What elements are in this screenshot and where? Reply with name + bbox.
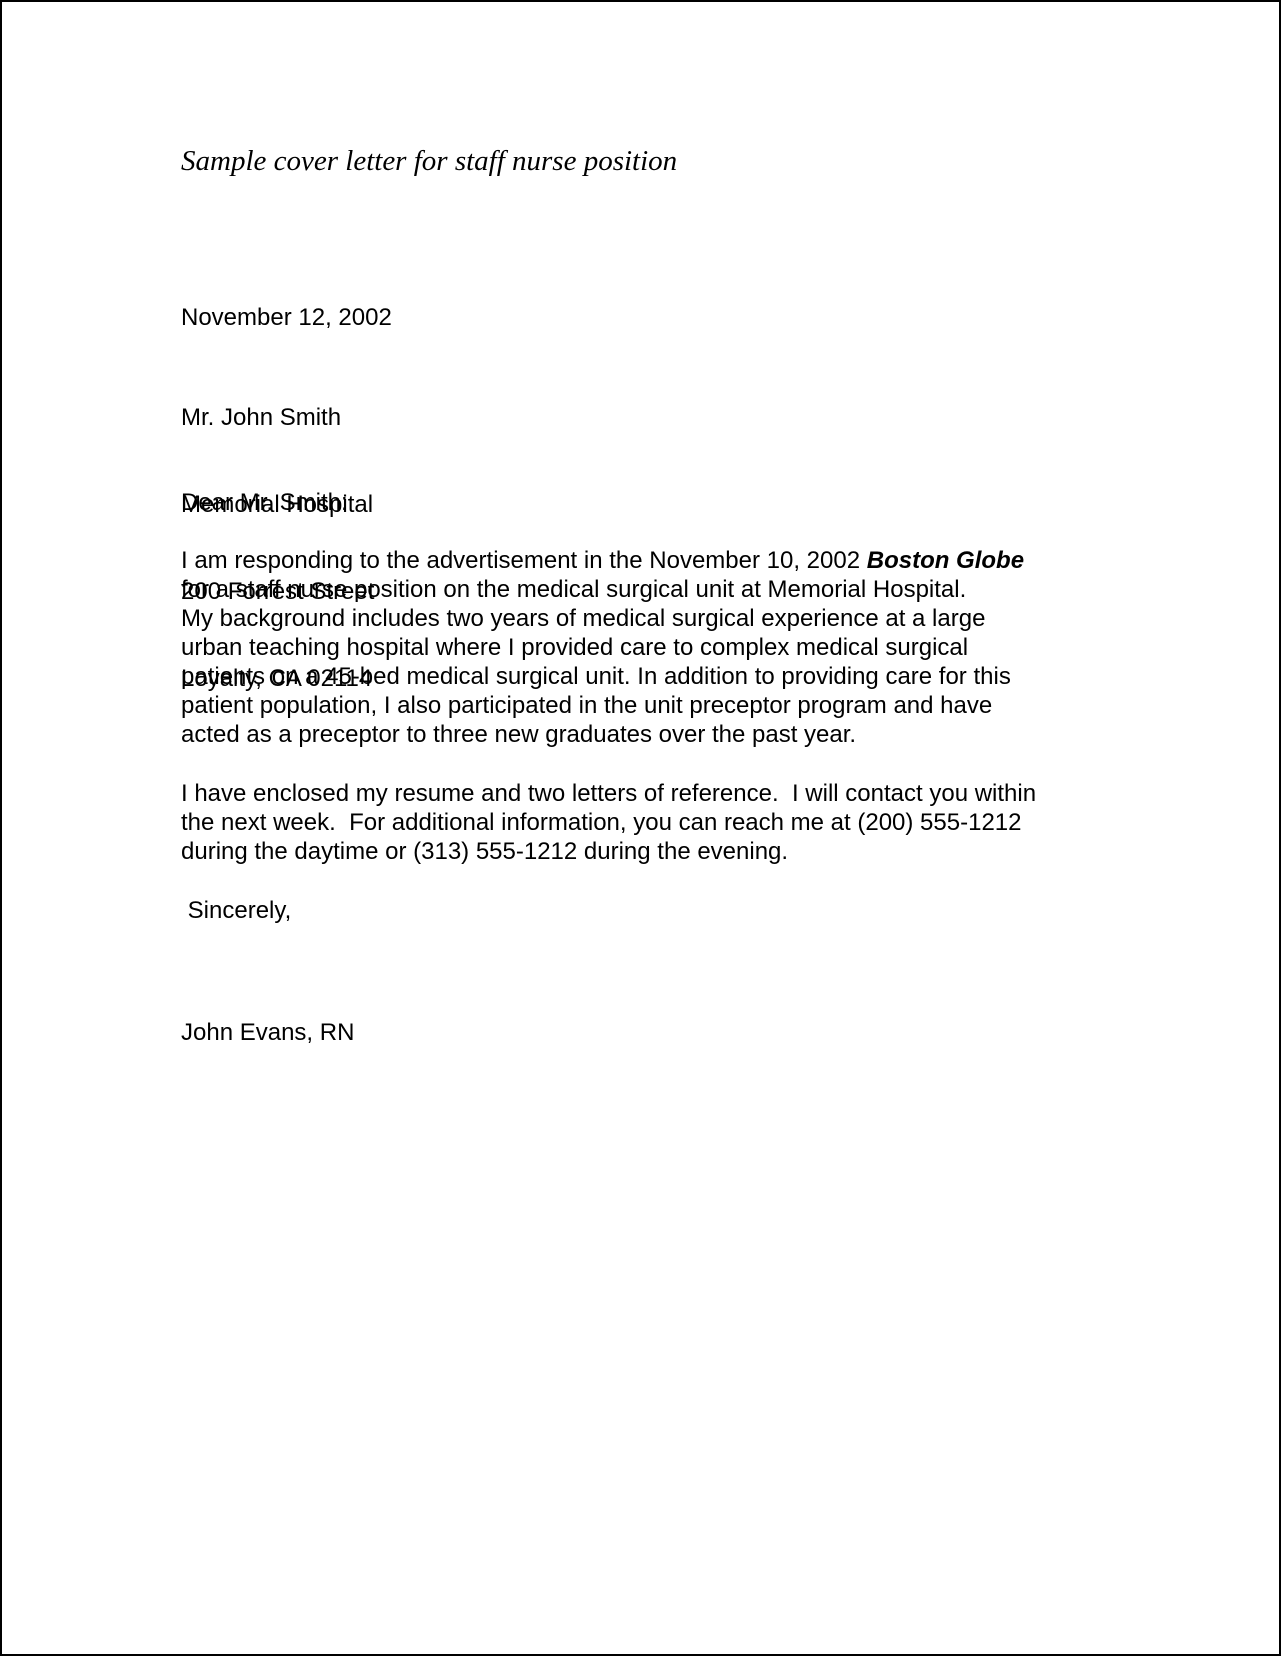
body-text: the next week. For additional informatio… xyxy=(181,809,1021,836)
body-text: during the daytime or (313) 555-1212 dur… xyxy=(181,838,788,865)
letter-date: November 12, 2002 xyxy=(181,303,392,332)
body-text: I have enclosed my resume and two letter… xyxy=(181,780,1036,807)
body-line: acted as a preceptor to three new gradua… xyxy=(181,720,1024,749)
body-text: patients on a 45-bed medical surgical un… xyxy=(181,663,1011,690)
recipient-name: Mr. John Smith xyxy=(181,403,374,432)
body-line: My background includes two years of medi… xyxy=(181,604,1024,633)
document-page: Sample cover letter for staff nurse posi… xyxy=(0,0,1281,1656)
document-title: Sample cover letter for staff nurse posi… xyxy=(181,144,677,178)
body-text: acted as a preceptor to three new gradua… xyxy=(181,721,856,748)
body-text: for a staff nurse position on the medica… xyxy=(181,576,966,603)
body-line: for a staff nurse position on the medica… xyxy=(181,575,1024,604)
body-text: My background includes two years of medi… xyxy=(181,605,985,632)
body-line: I have enclosed my resume and two letter… xyxy=(181,779,1036,808)
closing: Sincerely, xyxy=(181,896,291,925)
body-text: urban teaching hospital where I provided… xyxy=(181,634,968,661)
emphasized-text: Boston Globe xyxy=(867,547,1024,574)
signature-name: John Evans, RN xyxy=(181,1018,354,1047)
body-text: I am responding to the advertisement in … xyxy=(181,547,867,574)
body-paragraph-2: I have enclosed my resume and two letter… xyxy=(181,779,1036,866)
body-text: patient population, I also participated … xyxy=(181,692,992,719)
body-line: urban teaching hospital where I provided… xyxy=(181,633,1024,662)
salutation: Dear Mr. Smith: xyxy=(181,488,348,517)
body-paragraph-1: I am responding to the advertisement in … xyxy=(181,546,1024,749)
body-line: patient population, I also participated … xyxy=(181,691,1024,720)
body-line: the next week. For additional informatio… xyxy=(181,808,1036,837)
body-line: I am responding to the advertisement in … xyxy=(181,546,1024,575)
body-line: patients on a 45-bed medical surgical un… xyxy=(181,662,1024,691)
body-line: during the daytime or (313) 555-1212 dur… xyxy=(181,837,1036,866)
